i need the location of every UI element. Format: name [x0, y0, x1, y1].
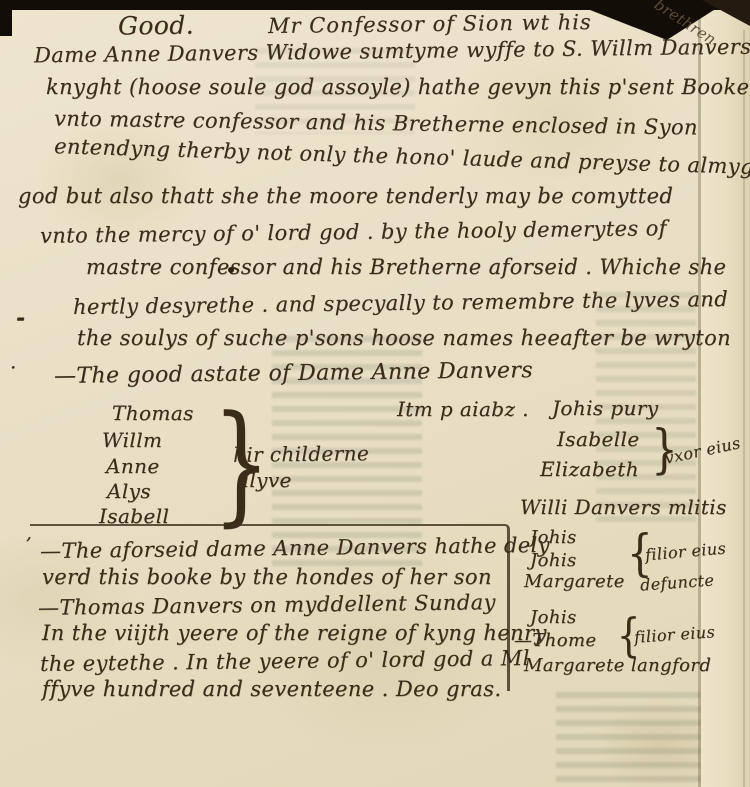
children-name-3: Anne: [106, 455, 160, 477]
dedication-line-6: vnto the mercy of o' lord god . by the h…: [40, 217, 667, 248]
bleedthrough-column-bottom-right: [556, 692, 704, 784]
memorial-name-1: Johis pury: [552, 397, 659, 419]
children-name-1: Thomas: [112, 402, 194, 424]
sons2-name-2: —Thome: [514, 631, 597, 651]
estate-heading: —The good astate of Dame Anne Danvers: [54, 359, 533, 389]
dedication-line-7: mastre confessor and his Bretherne afors…: [86, 256, 726, 279]
dedication-line-8: hertly desyrethe . and specyally to reme…: [73, 288, 728, 319]
sons1-name-2: Johis: [530, 551, 577, 571]
memorial-name-2: Isabelle: [557, 428, 640, 450]
children-label-line2: alyve: [237, 469, 292, 491]
dedication-line-3: vnto mastre confessor and his Bretherne …: [54, 108, 698, 140]
children-name-2: Willm: [102, 429, 162, 451]
margin-dot: ·: [10, 356, 17, 378]
dedication-line-4: entendyng therby not only the hono' laud…: [54, 135, 750, 180]
sons1-name-1: Johis: [530, 528, 577, 548]
page-outer-edge: [743, 30, 745, 787]
memorial-name-3: Elizabeth: [540, 458, 639, 480]
children-label-line1: hir childerne: [233, 442, 369, 466]
dedication-line-1: Dame Anne Danvers Widowe sumtyme wyffe t…: [34, 36, 750, 68]
children-name-4: Alys: [107, 480, 151, 502]
dedication-line-5: god but also thatt she the moore tenderl…: [18, 185, 673, 208]
header-note-good: Good.: [118, 12, 194, 40]
dedication-line-9: the soulys of suche p'sons hoose names h…: [77, 327, 731, 350]
delivery-line-4: In the viijth yeere of the reigne of kyn…: [42, 622, 547, 645]
delivery-line-6: ffyve hundred and seventeene . Deo gras.: [42, 678, 501, 701]
sons1-line3: Margarete: [524, 572, 625, 592]
sons2-name-1: Johis: [530, 608, 577, 628]
sons2-line3: Margarete langford: [524, 656, 711, 676]
binding-left-tab: [0, 6, 12, 36]
manuscript-page: Good. Mr Confessor of Sion wt his brethr…: [0, 0, 750, 787]
header-note-confessor: Mr Confessor of Sion wt his: [268, 11, 592, 38]
dedication-line-2: knyght (hoose soule god assoyle) hathe g…: [46, 76, 749, 99]
memorial-knight-line: Willi Danvers mlitis: [520, 496, 727, 518]
memorial-item-note: Itm p aiabz .: [397, 398, 529, 420]
ink-blot: [228, 267, 234, 273]
margin-dash: -: [16, 306, 26, 330]
delivery-line-2: verd this booke by the hondes of her son: [42, 566, 492, 589]
